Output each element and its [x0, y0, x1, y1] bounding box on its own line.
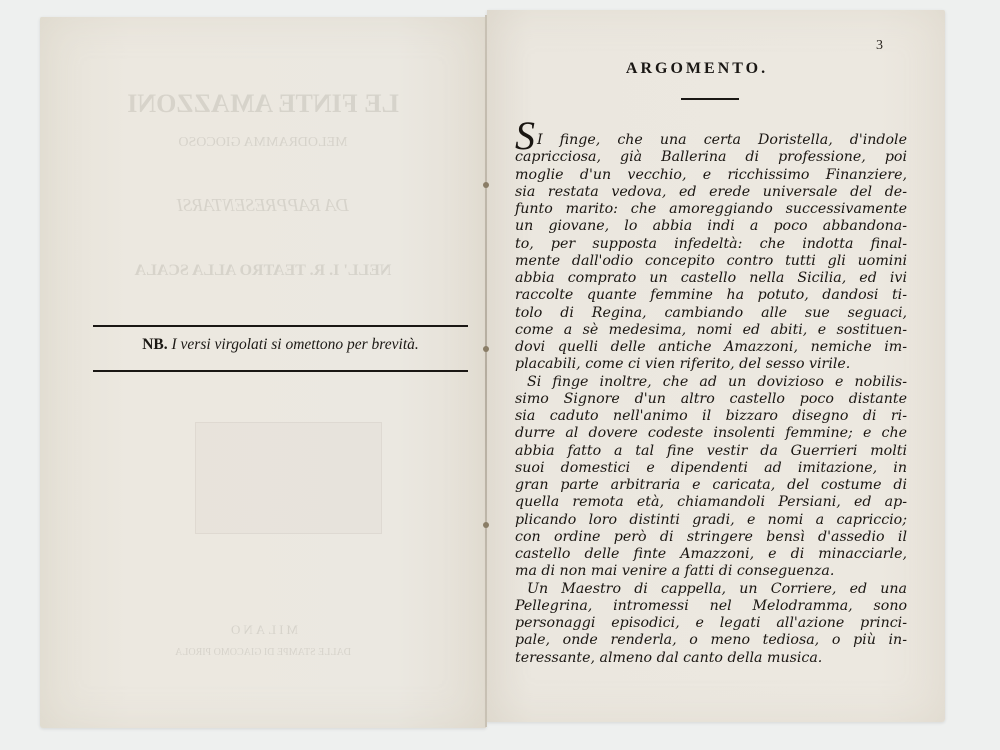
text-line: castello delle finte Amazzoni, e di mina…	[515, 546, 907, 563]
drop-cap: S	[515, 116, 535, 156]
paragraph-2: Si finge inoltre, che ad un dovizioso e …	[515, 374, 907, 581]
text-line: un giovane, lo abbia indi a poco abbando…	[515, 218, 907, 235]
text-line: sia restata vedova, ed erede universale …	[515, 184, 907, 201]
nb-label: NB.	[142, 336, 167, 353]
nb-note: NB. I versi virgolati si omettono per br…	[93, 336, 468, 354]
text-line: placabili, come ci vien riferito, del se…	[515, 356, 907, 373]
text-line: Un Maestro di cappella, un Corriere, ed …	[515, 581, 907, 598]
book-spine	[485, 15, 487, 727]
text-line: ma di non mai venire a fatti di consegue…	[515, 563, 907, 580]
show-through-line: DA RAPPRESENTARSI	[40, 195, 486, 216]
text-line: sia caduto nell'animo il bizzaro disegno…	[515, 408, 907, 425]
book-spread: LE FINTE AMAZZONI MELODRAMMA GIOCOSO DA …	[0, 0, 1000, 750]
show-through-theatre: NELL' I. R. TEATRO ALLA SCALA	[40, 262, 486, 280]
text-line: gran parte arbitraria e caricata, del co…	[515, 477, 907, 494]
text-line: SI finge, che una certa Doristella, d'in…	[515, 132, 907, 149]
binding-stitch	[483, 346, 489, 352]
text-line: mente dall'odio concepito contro tutti g…	[515, 253, 907, 270]
text-line: suoi domestici e dipendenti ad imitazion…	[515, 460, 907, 477]
nb-top-rule	[93, 325, 468, 327]
text-line: simo Signore d'un altro castello poco di…	[515, 391, 907, 408]
text-line: abbia fatto a tal fine vestir da Guerrie…	[515, 443, 907, 460]
text-line: tolo di Regina, cambiando alle sue segua…	[515, 305, 907, 322]
left-page: LE FINTE AMAZZONI MELODRAMMA GIOCOSO DA …	[40, 17, 486, 728]
text-line: raccolte quante femmine ha potuto, dando…	[515, 287, 907, 304]
show-through-subtitle: MELODRAMMA GIOCOSO	[40, 135, 486, 151]
text-line: come a sè medesima, nomi ed abiti, e sos…	[515, 322, 907, 339]
show-through-printer: DALLE STAMPE DI GIACOMO PIROLA	[40, 647, 486, 658]
text-line: abbia comprato un castello nella Sicilia…	[515, 270, 907, 287]
text-line: capricciosa, già Ballerina di profession…	[515, 149, 907, 166]
text-line: Pellegrina, intromessi nel Melodramma, s…	[515, 598, 907, 615]
text-line: quella remota età, chiamandoli Persiani,…	[515, 494, 907, 511]
page-number: 3	[876, 38, 883, 54]
text-line: personaggi episodici, e legati all'azion…	[515, 615, 907, 632]
text-line: dovi quelli delle antiche Amazzoni, nemi…	[515, 339, 907, 356]
text-line: durre al dovere codeste insolenti femmin…	[515, 425, 907, 442]
text-line: funto marito: che amoreggiando successiv…	[515, 201, 907, 218]
text-line: to, per supposta infedeltà: che indotta …	[515, 236, 907, 253]
nb-body: I versi virgolati si omettono per brevit…	[168, 336, 419, 353]
text-line: con ordine però di stringere bensì d'ass…	[515, 529, 907, 546]
paragraph-3: Un Maestro di cappella, un Corriere, ed …	[515, 581, 907, 667]
text-line: plicando loro distinti gradi, e nomi a c…	[515, 512, 907, 529]
text-line: moglie d'un vecchio, e ricchissimo Finan…	[515, 167, 907, 184]
text-line: teressante, almeno dal canto della music…	[515, 650, 907, 667]
binding-stitch	[483, 182, 489, 188]
show-through-city: MILANO	[40, 622, 486, 638]
show-through-emblem	[195, 422, 382, 534]
nb-bottom-rule	[93, 370, 468, 372]
show-through-title: LE FINTE AMAZZONI	[40, 89, 486, 119]
paragraph-1: SI finge, che una certa Doristella, d'in…	[515, 132, 907, 374]
title-rule	[681, 98, 739, 100]
page-title: ARGOMENTO.	[487, 60, 907, 78]
text-line: pale, onde renderla, o meno tediosa, o p…	[515, 632, 907, 649]
argomento-body: SI finge, che una certa Doristella, d'in…	[515, 132, 907, 667]
text-line: Si finge inoltre, che ad un dovizioso e …	[515, 374, 907, 391]
binding-stitch	[483, 522, 489, 528]
